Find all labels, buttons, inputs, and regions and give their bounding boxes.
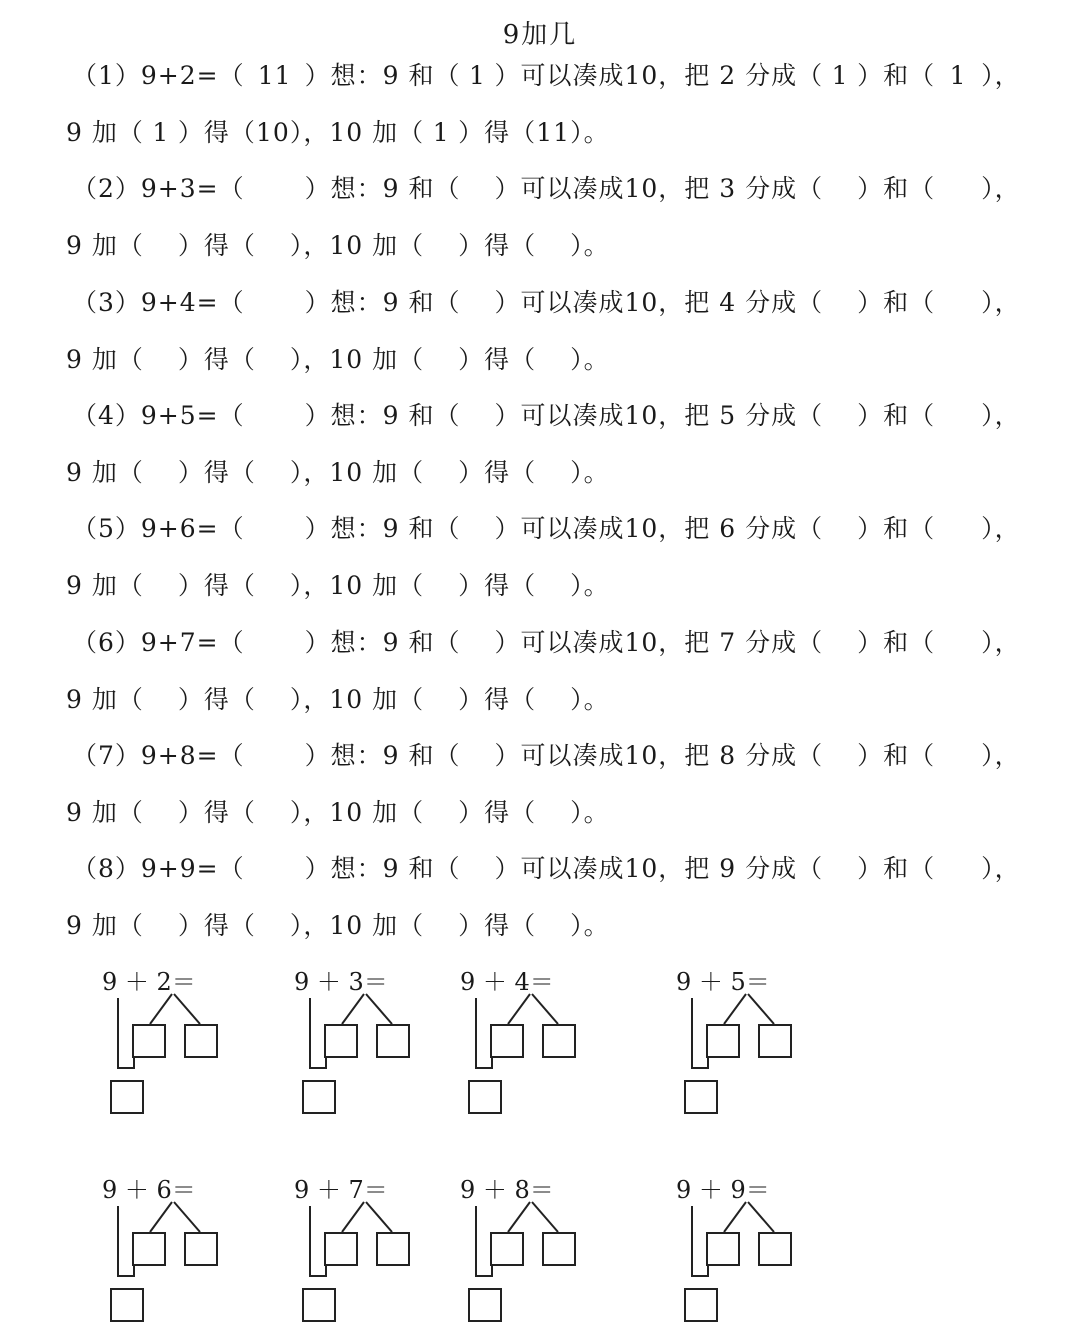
worksheet-title: 9加几 — [0, 14, 1080, 51]
left-split-box[interactable] — [490, 1024, 524, 1058]
left-split-box[interactable] — [324, 1232, 358, 1266]
step1-result-blank[interactable]: 10 — [256, 117, 290, 149]
make-ten-diagram: 9 ＋ 2＝ — [102, 962, 302, 1122]
problem-line-2: 9 加（）得（），10 加（）得（）。 — [66, 457, 610, 489]
problem-line-1: （6）9+7=（）想：9 和（）可以凑成10，把 7 分成（）和（）， — [72, 627, 1021, 659]
left-split-box[interactable] — [132, 1232, 166, 1266]
left-split-box[interactable] — [706, 1232, 740, 1266]
make-ten-diagram: 9 ＋ 8＝ — [460, 1170, 660, 1330]
problem-line-2: 9 加（）得（），10 加（）得（）。 — [66, 684, 610, 716]
answer-box[interactable] — [302, 1080, 336, 1114]
right-split-box[interactable] — [542, 1024, 576, 1058]
left-split-box[interactable] — [490, 1232, 524, 1266]
split-a-blank[interactable]: 1 — [823, 60, 857, 92]
problem-line-1: （4）9+5=（）想：9 和（）可以凑成10，把 5 分成（）和（）， — [72, 400, 1021, 432]
answer-box[interactable] — [684, 1288, 718, 1322]
sum-blank[interactable]: 11 — [245, 60, 305, 92]
answer-box[interactable] — [302, 1288, 336, 1322]
step2-add-blank[interactable]: 1 — [424, 117, 458, 149]
problem-line-1: （2）9+3=（）想：9 和（）可以凑成10，把 3 分成（）和（）， — [72, 173, 1021, 205]
answer-box[interactable] — [684, 1080, 718, 1114]
answer-box[interactable] — [468, 1288, 502, 1322]
right-split-box[interactable] — [376, 1232, 410, 1266]
right-split-box[interactable] — [758, 1232, 792, 1266]
problem-line-2: 9 加（）得（），10 加（）得（）。 — [66, 344, 610, 376]
problem-line-1: （3）9+4=（）想：9 和（）可以凑成10，把 4 分成（）和（）， — [72, 287, 1021, 319]
right-split-box[interactable] — [758, 1024, 792, 1058]
problem-line-2: 9 加（1）得（10），10 加（1）得（11）。 — [66, 117, 610, 149]
make-ten-diagram: 9 ＋ 5＝ — [676, 962, 876, 1122]
problem-line-2: 9 加（）得（），10 加（）得（）。 — [66, 797, 610, 829]
problem-line-2: 9 加（）得（），10 加（）得（）。 — [66, 910, 610, 942]
right-split-box[interactable] — [376, 1024, 410, 1058]
answer-box[interactable] — [468, 1080, 502, 1114]
pair-blank[interactable]: 1 — [460, 60, 494, 92]
step1-add-blank[interactable]: 1 — [144, 117, 178, 149]
right-split-box[interactable] — [184, 1232, 218, 1266]
left-split-box[interactable] — [706, 1024, 740, 1058]
make-ten-diagram: 9 ＋ 9＝ — [676, 1170, 876, 1330]
split-b-blank[interactable]: 1 — [935, 60, 981, 92]
problem-line-1: （8）9+9=（）想：9 和（）可以凑成10，把 9 分成（）和（）， — [72, 853, 1021, 885]
right-split-box[interactable] — [542, 1232, 576, 1266]
problem-line-1: （5）9+6=（）想：9 和（）可以凑成10，把 6 分成（）和（）， — [72, 513, 1021, 545]
left-split-box[interactable] — [324, 1024, 358, 1058]
problem-line-2: 9 加（）得（），10 加（）得（）。 — [66, 570, 610, 602]
answer-box[interactable] — [110, 1288, 144, 1322]
make-ten-diagram: 9 ＋ 6＝ — [102, 1170, 302, 1330]
problem-line-1: （7）9+8=（）想：9 和（）可以凑成10，把 8 分成（）和（）， — [72, 740, 1021, 772]
answer-box[interactable] — [110, 1080, 144, 1114]
step2-result-blank[interactable]: 11 — [536, 117, 570, 149]
problem-line-2: 9 加（）得（），10 加（）得（）。 — [66, 230, 610, 262]
problem-line-1: （1）9+2=（11）想：9 和（1）可以凑成10，把 2 分成（1）和（1）， — [72, 60, 1021, 92]
make-ten-diagram: 9 ＋ 4＝ — [460, 962, 660, 1122]
left-split-box[interactable] — [132, 1024, 166, 1058]
right-split-box[interactable] — [184, 1024, 218, 1058]
